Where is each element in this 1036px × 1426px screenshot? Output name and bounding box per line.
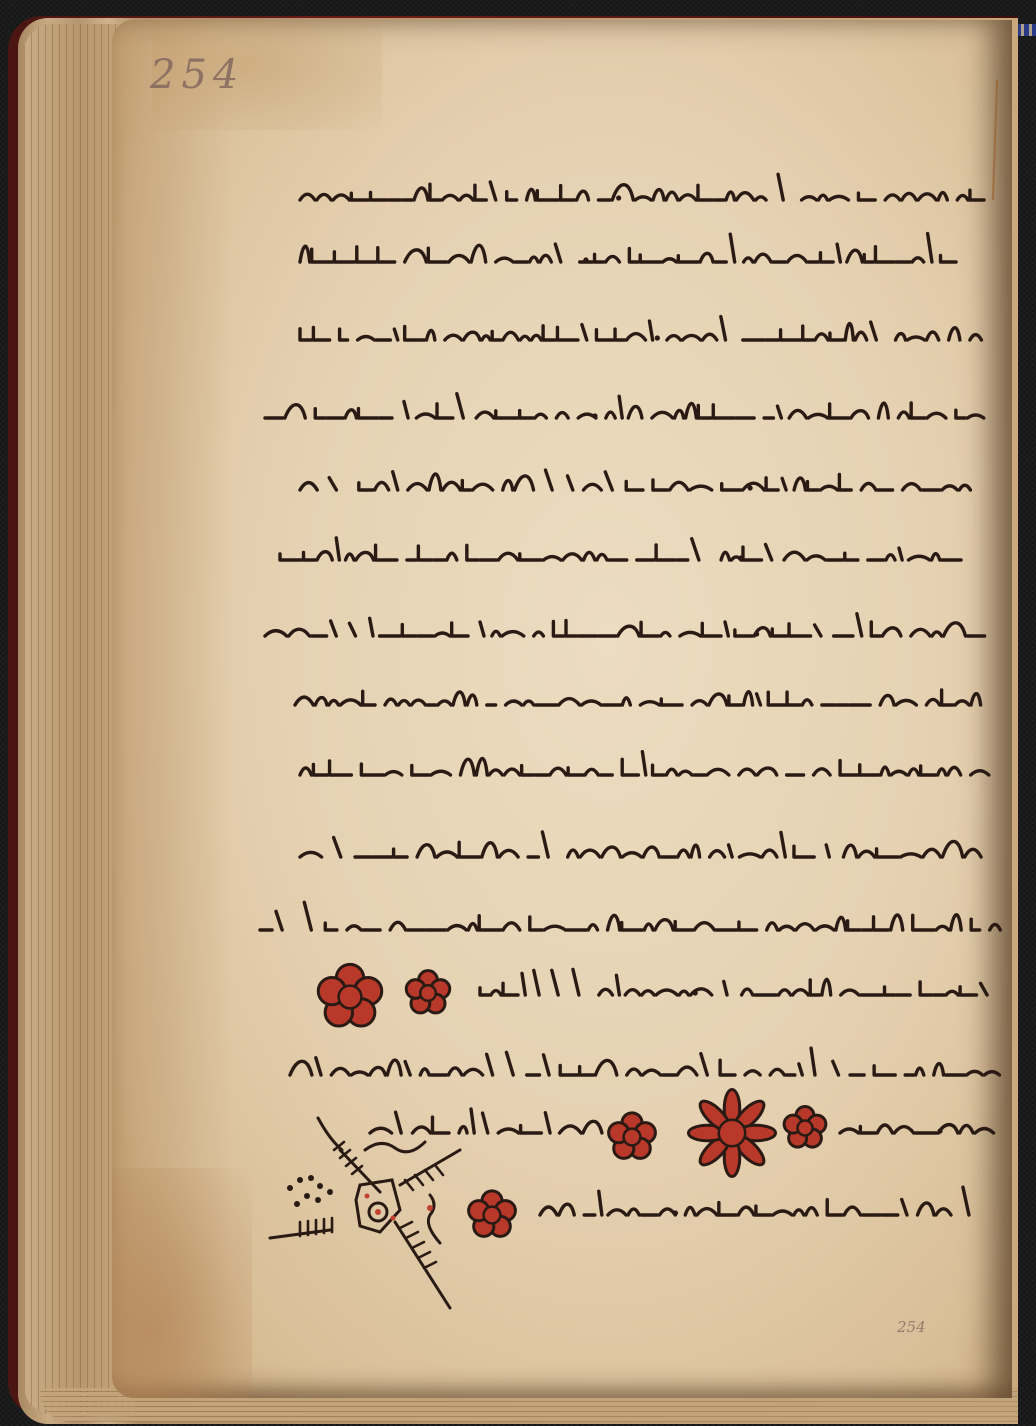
folio-number-bottom: 254: [897, 1318, 926, 1336]
page-crease: [992, 80, 998, 200]
folio-number-top: 254: [150, 52, 244, 98]
manuscript-page: [112, 20, 1012, 1398]
page-stain-bottom-left: [112, 1168, 252, 1398]
